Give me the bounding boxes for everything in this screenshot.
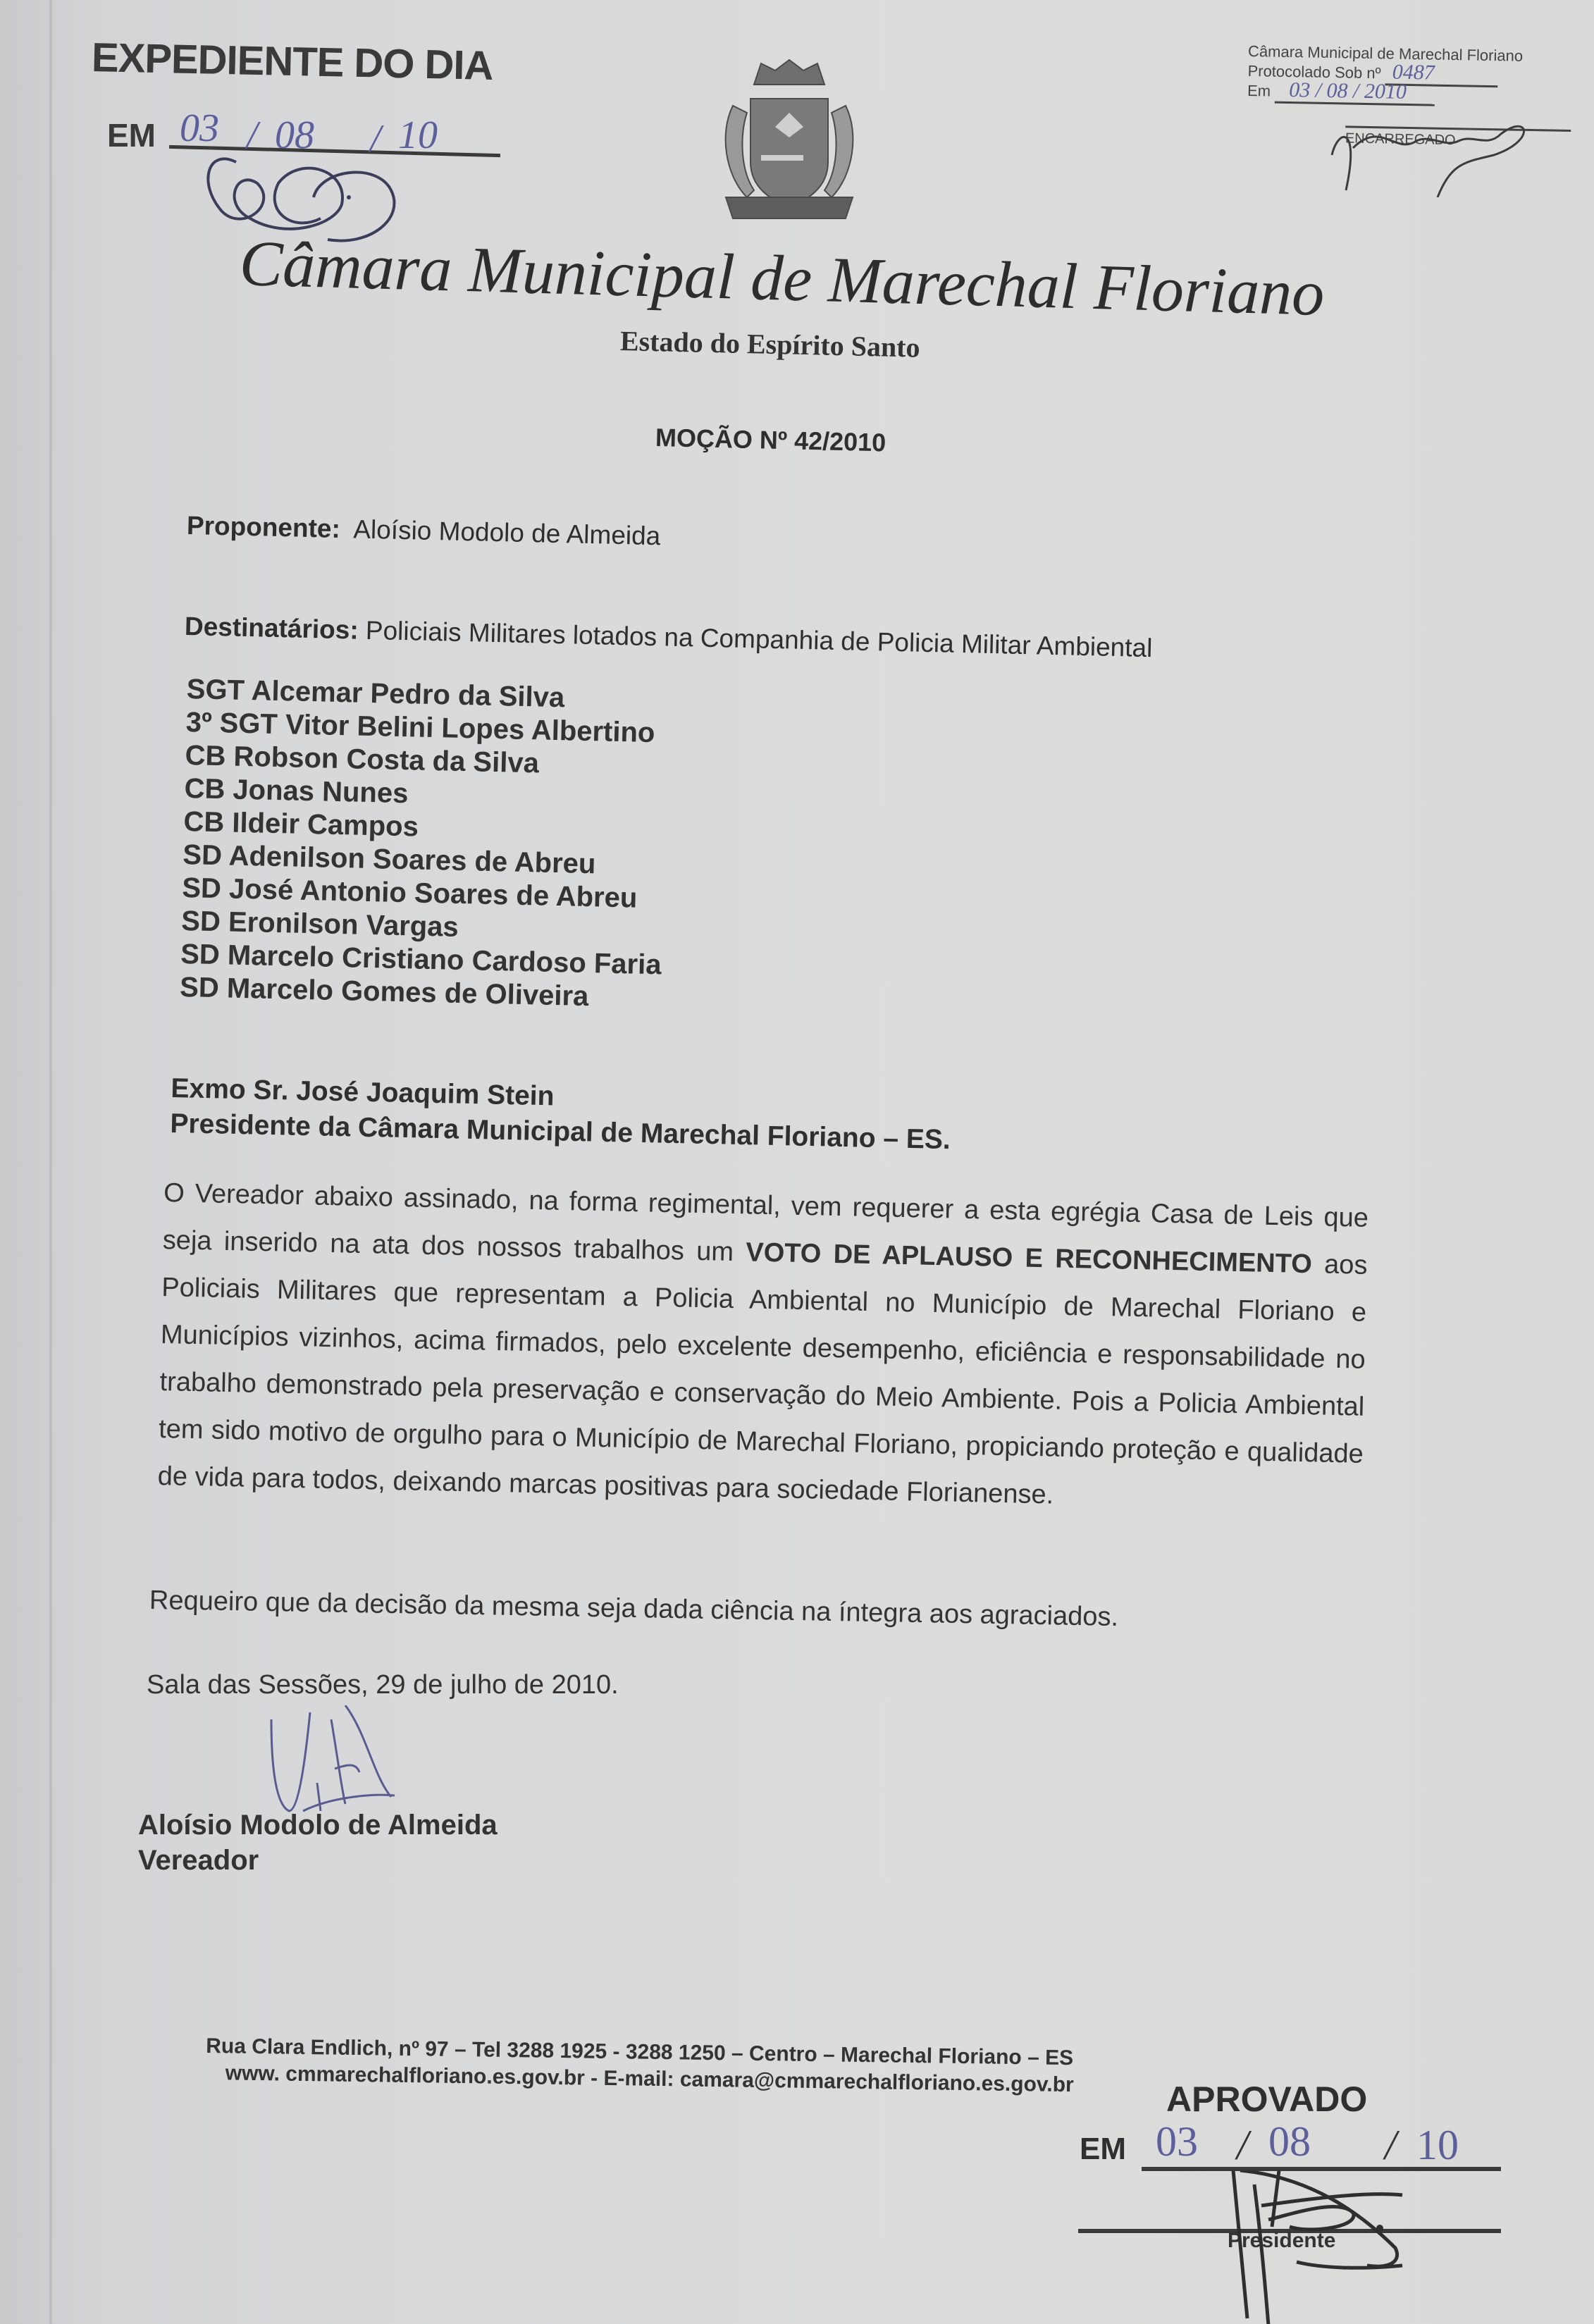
approval-date-day: 03: [1156, 2118, 1198, 2166]
recipients-line: Destinatários: Policiais Militares lotad…: [185, 612, 1153, 663]
request-line: Requeiro que da decisão da mesma seja da…: [149, 1586, 1119, 1633]
president-signature-icon: [1226, 2170, 1466, 2324]
date-separator: /: [1237, 2121, 1249, 2170]
addressee-block: Exmo Sr. José Joaquim Stein Presidente d…: [170, 1071, 951, 1158]
document-title: MOÇÃO Nº 42/2010: [655, 423, 886, 457]
approval-stamp-title: APROVADO: [1166, 2079, 1367, 2120]
proponent-label: Proponente:: [187, 511, 341, 543]
date-separator: /: [1385, 2121, 1397, 2170]
paper-fold-shadow: [49, 0, 52, 2324]
body-text-emphasis: VOTO DE APLAUSO E RECONHECIMENTO: [746, 1237, 1312, 1279]
signer-block: Aloísio Modolo de Almeida Vereador: [138, 1807, 498, 1878]
recipients-list: SGT Alcemar Pedro da Silva 3º SGT Vitor …: [180, 673, 668, 1015]
proponent-name: Aloísio Modolo de Almeida: [353, 514, 661, 550]
protocol-date: 03 / 08 / 2010: [1275, 78, 1435, 106]
expediente-stamp-title: EXPEDIENTE DO DIA: [91, 34, 493, 89]
institution-name: Câmara Municipal de Marechal Floriano: [239, 225, 1326, 330]
footer: Rua Clara Endlich, nº 97 – Tel 3288 1925…: [205, 2033, 1074, 2099]
signer-name: Aloísio Modolo de Almeida: [138, 1807, 498, 1843]
recipients-text: Policiais Militares lotados na Companhia…: [365, 616, 1152, 662]
expediente-em-label: EM: [107, 116, 156, 154]
approval-date-month: 08: [1268, 2118, 1311, 2166]
signer-role: Vereador: [138, 1843, 498, 1878]
protocol-signature-icon: [1325, 113, 1550, 197]
body-text-part2: aos Policiais Militares que representam …: [157, 1249, 1368, 1509]
protocol-em-label: Em: [1247, 82, 1271, 100]
body-paragraph: O Vereador abaixo assinado, na forma reg…: [157, 1170, 1369, 1526]
proponent-line: Proponente: Aloísio Modolo de Almeida: [187, 511, 661, 551]
place-date: Sala das Sessões, 29 de julho de 2010.: [147, 1670, 619, 1700]
recipients-label: Destinatários:: [185, 612, 359, 645]
municipal-crest-icon: [712, 56, 867, 233]
approval-em-label: EM: [1080, 2132, 1126, 2167]
state-name: Estado do Espírito Santo: [619, 324, 920, 364]
approval-date-year: 10: [1416, 2121, 1459, 2170]
